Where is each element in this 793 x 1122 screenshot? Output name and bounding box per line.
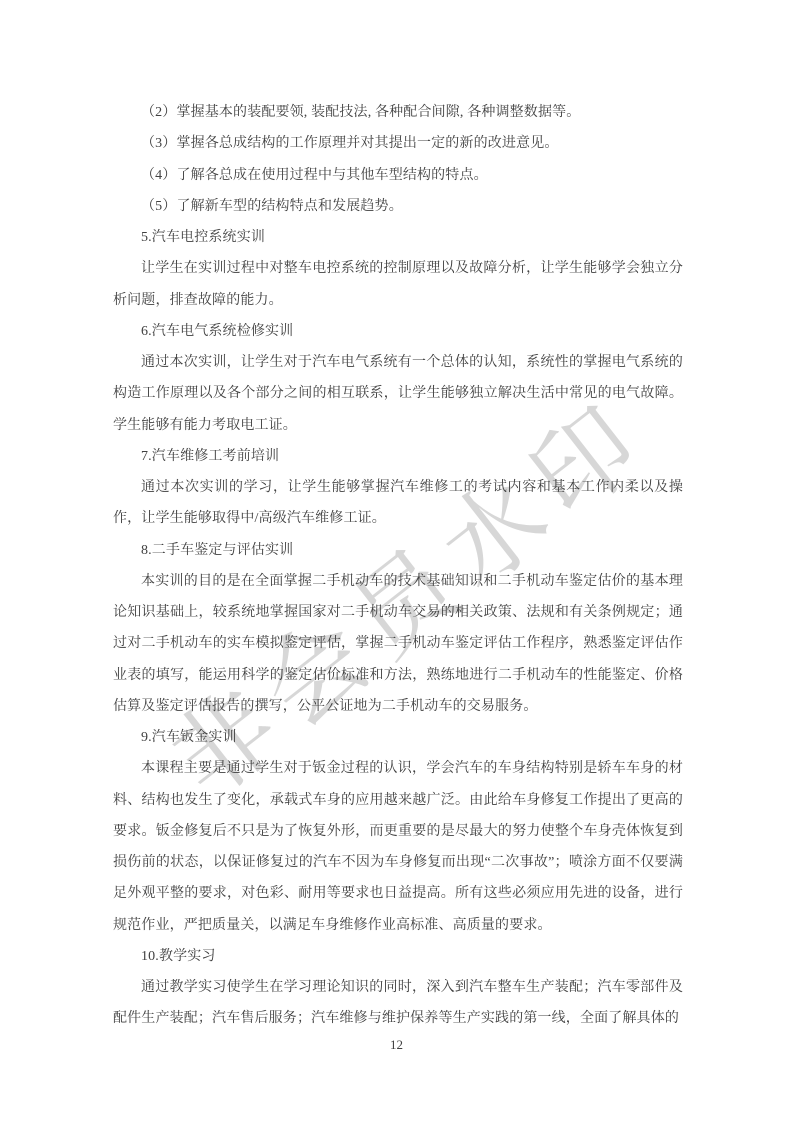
list-item: （4）了解各总成在使用过程中与其他车型结构的特点。: [113, 160, 683, 191]
page-number: 12: [0, 1037, 793, 1053]
section-heading: 5.汽车电控系统实训: [113, 222, 683, 253]
section-heading: 9.汽车钣金实训: [113, 722, 683, 753]
list-item: （5）了解新车型的结构特点和发展趋势。: [113, 191, 683, 222]
section-heading: 7.汽车维修工考前培训: [113, 441, 683, 472]
paragraph: 通过本次实训的学习，让学生能够掌握汽车维修工的考试内容和基本工作内柔以及操作，让…: [113, 472, 683, 535]
paragraph: 通过本次实训，让学生对于汽车电气系统有一个总体的认知，系统性的掌握电气系统的构造…: [113, 347, 683, 441]
section-heading: 6.汽车电气系统检修实训: [113, 316, 683, 347]
list-item: （3）掌握各总成结构的工作原理并对其提出一定的新的改进意见。: [113, 128, 683, 159]
paragraph: 本课程主要是通过学生对于钣金过程的认识，学会汽车的车身结构特别是轿车车身的材料、…: [113, 753, 683, 941]
document-body: （2）掌握基本的装配要领, 装配技法, 各种配合间隙, 各种调整数据等。 （3）…: [113, 97, 683, 1035]
paragraph: 通过教学实习使学生在学习理论知识的同时，深入到汽车整车生产装配；汽车零部件及配件…: [113, 972, 683, 1035]
list-item: （2）掌握基本的装配要领, 装配技法, 各种配合间隙, 各种调整数据等。: [113, 97, 683, 128]
paragraph: 让学生在实训过程中对整车电控系统的控制原理以及故障分析，让学生能够学会独立分析问…: [113, 253, 683, 316]
paragraph: 本实训的目的是在全面掌握二手机动车的技术基础知识和二手机动车鉴定估价的基本理论知…: [113, 566, 683, 722]
section-heading: 10.教学实习: [113, 941, 683, 972]
document-page: 非会员水印 （2）掌握基本的装配要领, 装配技法, 各种配合间隙, 各种调整数据…: [0, 0, 793, 1122]
section-heading: 8.二手车鉴定与评估实训: [113, 535, 683, 566]
